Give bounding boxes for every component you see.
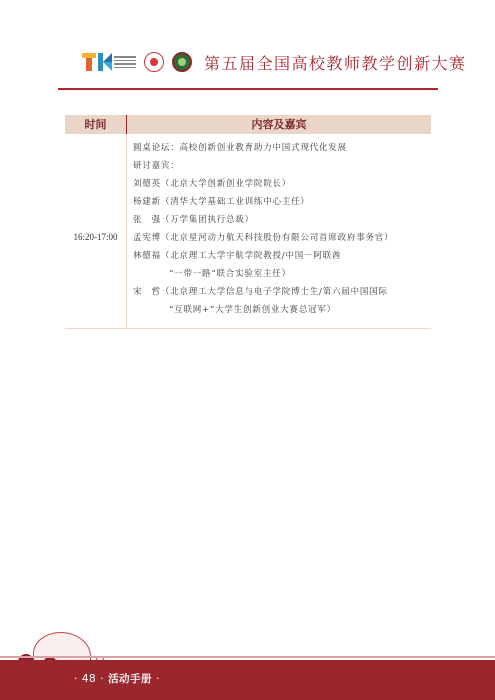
guest-entry-continued: “一带一路”联合实验室主任） bbox=[133, 265, 431, 283]
dot-separator: · bbox=[156, 673, 160, 685]
tk-logo-t-icon bbox=[82, 53, 96, 71]
guest-entry: 张 强（万学集团执行总裁） bbox=[133, 211, 431, 229]
table-header: 时间 内容及嘉宾 bbox=[65, 115, 431, 134]
guest-entry: 宋 哲（北京理工大学信息与电子学院博士生/第六届中国国际 bbox=[133, 283, 431, 301]
competition-title: 第五届全国高校教师教学创新大赛 bbox=[204, 51, 467, 74]
footer-page-label: · 48 · 活动手册 · bbox=[74, 671, 160, 686]
guest-entry: 孟宪博（北京星河动力航天科技股份有限公司首席政府事务官） bbox=[133, 229, 431, 247]
page-number: 48 bbox=[82, 673, 96, 685]
tk-logo bbox=[82, 53, 136, 71]
guest-entry: 刘德英（北京大学创新创业学院院长） bbox=[133, 175, 431, 193]
table-row: 16:20-17:00 圆桌论坛：高校创新创业教育助力中国式现代化发展 研讨嘉宾… bbox=[65, 134, 431, 329]
column-header-time: 时间 bbox=[65, 115, 127, 134]
dot-separator: · bbox=[74, 673, 78, 685]
tk-logo-text-icon bbox=[114, 54, 136, 70]
time-cell: 16:20-17:00 bbox=[65, 134, 127, 328]
emblem-red-icon bbox=[144, 52, 164, 72]
logo-group bbox=[82, 50, 192, 74]
guest-entry: 林德福（北京理工大学宇航学院教授/中国－阿联酋 bbox=[133, 247, 431, 265]
guests-label: 研讨嘉宾： bbox=[133, 157, 431, 175]
footer-divider bbox=[0, 656, 495, 658]
schedule-table: 时间 内容及嘉宾 16:20-17:00 圆桌论坛：高校创新创业教育助力中国式现… bbox=[65, 115, 431, 329]
column-header-content: 内容及嘉宾 bbox=[127, 115, 431, 134]
page-header: 第五届全国高校教师教学创新大赛 bbox=[0, 0, 495, 95]
dot-separator: · bbox=[100, 673, 104, 685]
emblem-green-icon bbox=[172, 52, 192, 72]
handbook-label: 活动手册 bbox=[108, 671, 152, 686]
session-title: 圆桌论坛：高校创新创业教育助力中国式现代化发展 bbox=[133, 139, 431, 157]
content-cell: 圆桌论坛：高校创新创业教育助力中国式现代化发展 研讨嘉宾： 刘德英（北京大学创新… bbox=[127, 134, 431, 328]
guest-entry-continued: “互联网+”大学生创新创业大赛总冠军） bbox=[133, 301, 431, 319]
guest-entry: 杨建新（清华大学基础工业训练中心主任） bbox=[133, 193, 431, 211]
header-divider bbox=[58, 88, 438, 90]
tk-logo-k-icon bbox=[98, 53, 112, 71]
